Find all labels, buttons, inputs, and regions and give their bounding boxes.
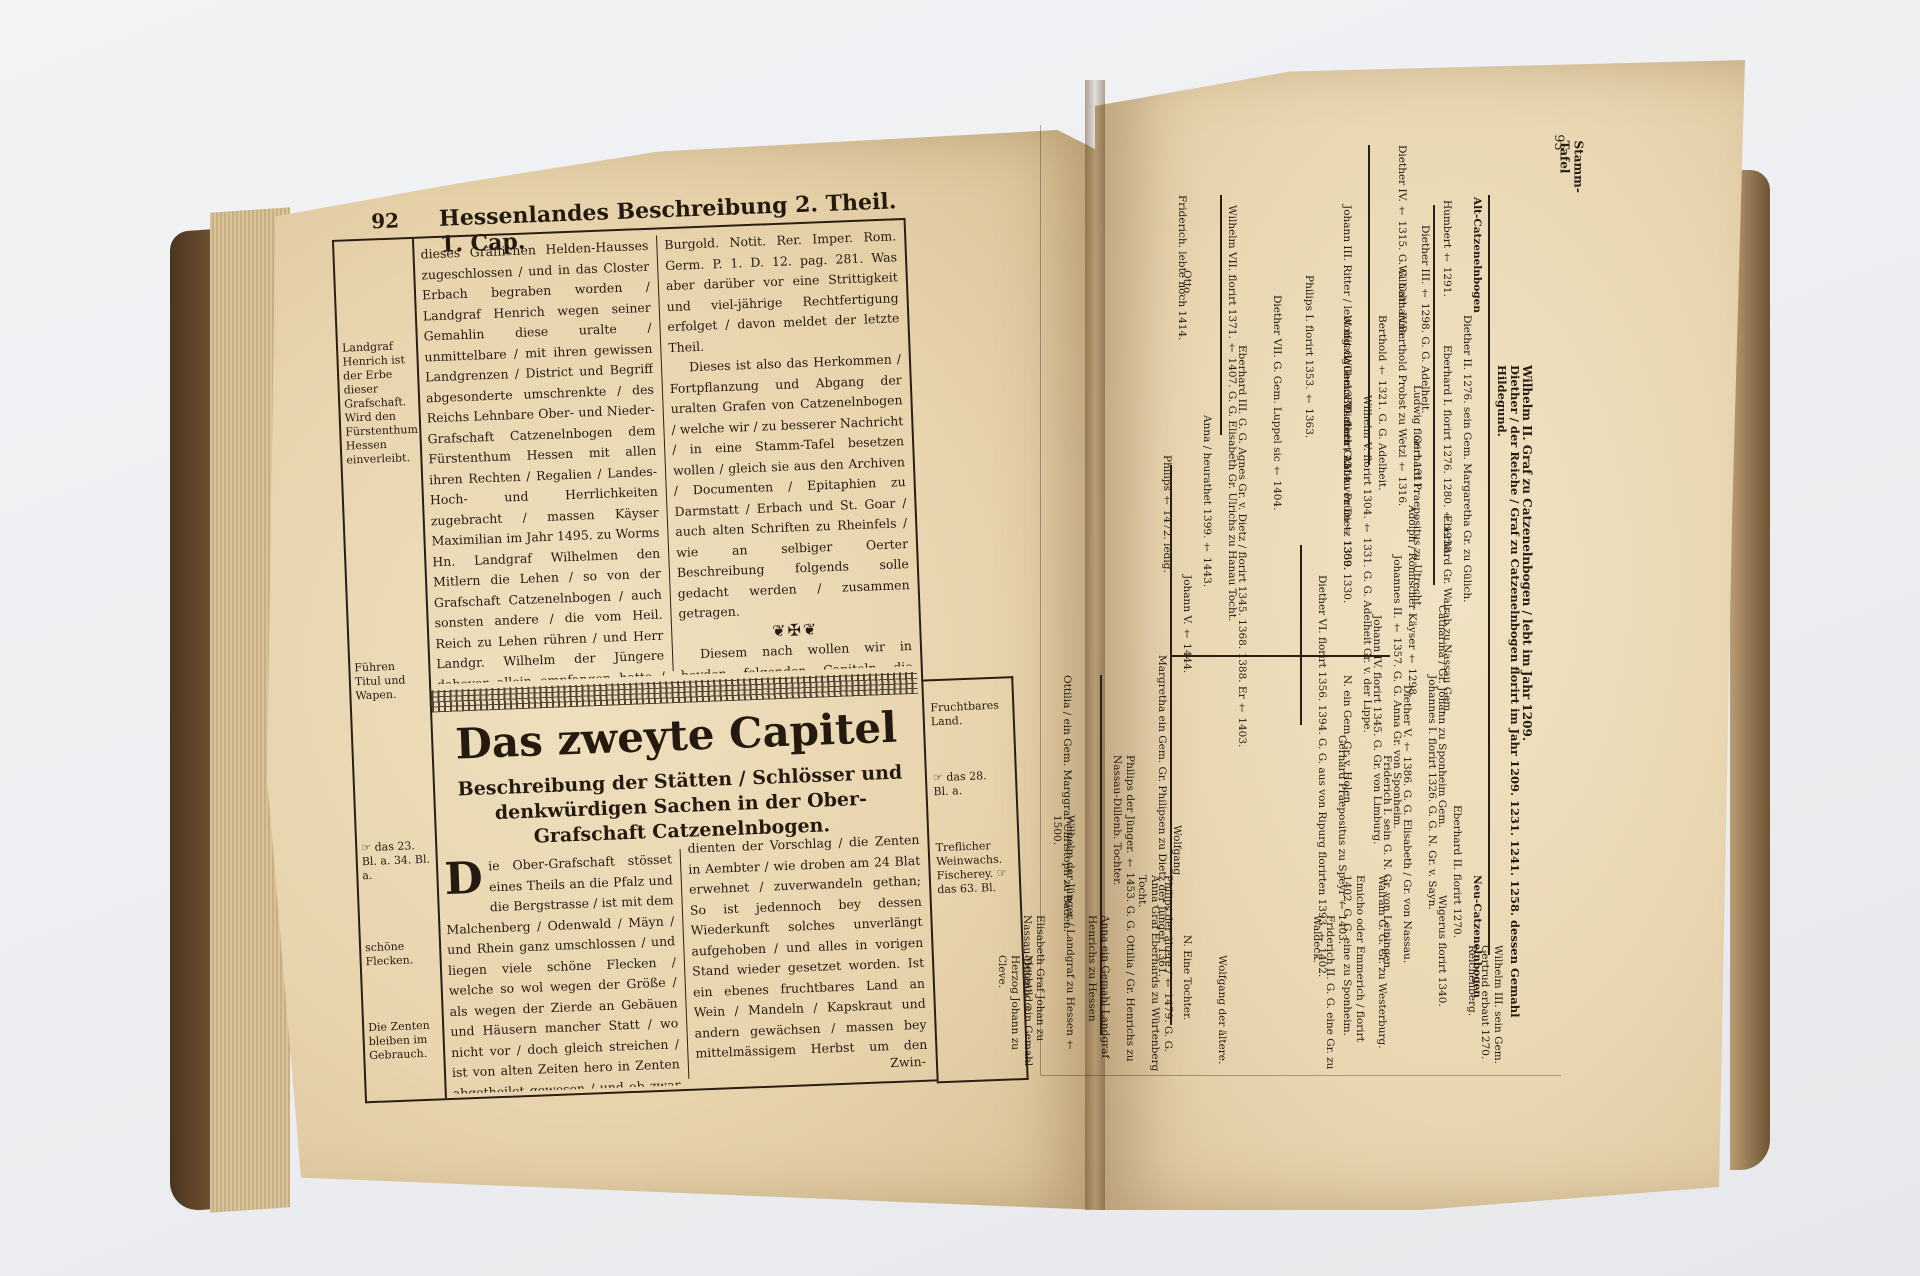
tree-line [1488,195,1490,955]
genealogy-node: Friderich. lebte noch 1414. [1175,195,1188,340]
catchword: Zwin- [866,1052,927,1075]
genealogy-node: N. Eine Tochter. [1180,935,1193,1020]
genealogy-node: Eberhard II. florirt 1270. [1450,805,1463,938]
tree-line [1433,205,1435,585]
genealogy-node: Berthold Probst zu Wetzl † 1316. [1395,325,1408,506]
genealogy-node: Wilhelm der Jünger / Landgraf zu Hessen … [1050,815,1076,1075]
margin-note: Landgraf Henrich ist der Erbe dieser Gra… [342,339,417,468]
genealogy-node: Mechtild ein Gemahl Herzog Johann zu Cle… [995,955,1034,1075]
branch-label-old: Alt-Catzenelnbogen [1470,197,1483,313]
genealogy-node: Berthold † 1321. G. G. Adelheit. [1375,315,1388,491]
citation-text: Burgold. Notit. Rer. Imper. Rom. Germ. P… [664,226,901,358]
genealogy-node: Eberhard III. G. G. Agnes Gr. v. Dietz /… [1235,345,1248,747]
tree-line [1170,465,1172,1025]
genealogy-node: Adolph / Römischer Käyser † 1298. [1405,505,1418,698]
margin-note: Die Zenten bleiben im Gebrauch. [368,1018,440,1063]
genealogy-node: Wolfgang [1170,825,1183,875]
column-1-top: dieses Gräflichen Helden-Hausses zugesch… [420,236,665,684]
chapter-title: Das zweyte Capitel [432,702,920,770]
drop-cap: D [444,859,484,900]
genealogy-node: Wilhelm IV. [1395,265,1408,325]
genealogy-node: Wigerus florirt 1340. [1435,895,1448,1007]
left-page: 92 Hessenlandes Beschreibung 2. Theil. 1… [330,168,945,1110]
genealogy-node: Otto. [1180,270,1193,297]
genealogy-node: Philips der Jünger. † 1453. G. G. Ottili… [1110,755,1136,1075]
margin-note: Fruchtbares Land. [930,699,1001,730]
column-1-bottom: Die Ober-Grafschaft stösset eines Theils… [444,849,681,1094]
margin-note: Treflicher Weinwachs. Fischerey. ☞ das 6… [935,839,1007,898]
tree-line [1170,655,1390,657]
margin-note: ☞ das 23. Bl. a. 34. Bl. a. [361,839,433,884]
genealogy-node: Diether V. † 1386. G. G. Elisabeth / Gr.… [1400,685,1413,963]
running-head-title: Stamm-Tafel [1558,141,1586,198]
tree-line [1220,195,1222,435]
column-2-top: Burgold. Notit. Rer. Imper. Rom. Germ. P… [664,226,913,675]
tree-line [1368,145,1370,465]
genealogy-node: Walram G. G. Gr. zu Westerburg. [1375,875,1388,1049]
genealogy-node: Anna ein Gemahl Landgraf Henrichs zu Hes… [1085,915,1111,1075]
genealogy-node: Friderich II. G. G. eine Gr. zu Waldeck. [1310,915,1336,1075]
genealogy-node: Philips der ältere / † 1479. G. G. Anna … [1135,875,1174,1075]
tree-line [1300,545,1302,725]
genealogy-node: Diether II. 1276. sein Gem. Margaretha G… [1460,315,1473,602]
genealogy-node: Diether / Abt zu Prüm † 1350. [1340,405,1353,570]
page-number: 92 [371,208,400,233]
tree-line [1100,675,1102,1035]
margin-note: ☞ das 28. Bl. a. [933,769,1004,800]
genealogy-node: Humbert † 1291. [1440,200,1453,297]
genealogy-node: Diether VII. G. Gem. Luppel sic † 1404. [1270,295,1283,510]
genealogy-node: Johannes I. florirt 1326. G. G. N. Gr. v… [1425,675,1438,910]
genealogy-node: Philips I. florirt 1353. † 1363. [1302,275,1315,438]
genealogy-node: Johann V. † 1444. [1180,575,1193,673]
genealogy-node: Anna / heurathet 1399. † 1443. [1200,415,1213,587]
right-page: 93 Stamm-Tafel Wilhelm II. Graf zu Catze… [1040,115,1600,1075]
margin-note: schöne Flecken. [365,939,436,970]
genealogy-node: Wilhelm III. sein Gem. Gertrud erbaut 12… [1465,945,1504,1075]
margin-note: Führen Titul und Wapen. [354,659,426,704]
text-frame: Landgraf Henrich ist der Erbe dieser Gra… [332,218,939,1103]
genealogy-node: Wolfgang der ältere. [1215,955,1228,1064]
paragraph: Dieses ist also das Herkommen / Fortpfla… [669,349,911,624]
column-2-bottom: dienten der Vorschlag / die Zenten in Ae… [687,830,928,1069]
genealogy-node: Emicho oder Emmerich / florirt 1402. G. … [1340,875,1366,1075]
